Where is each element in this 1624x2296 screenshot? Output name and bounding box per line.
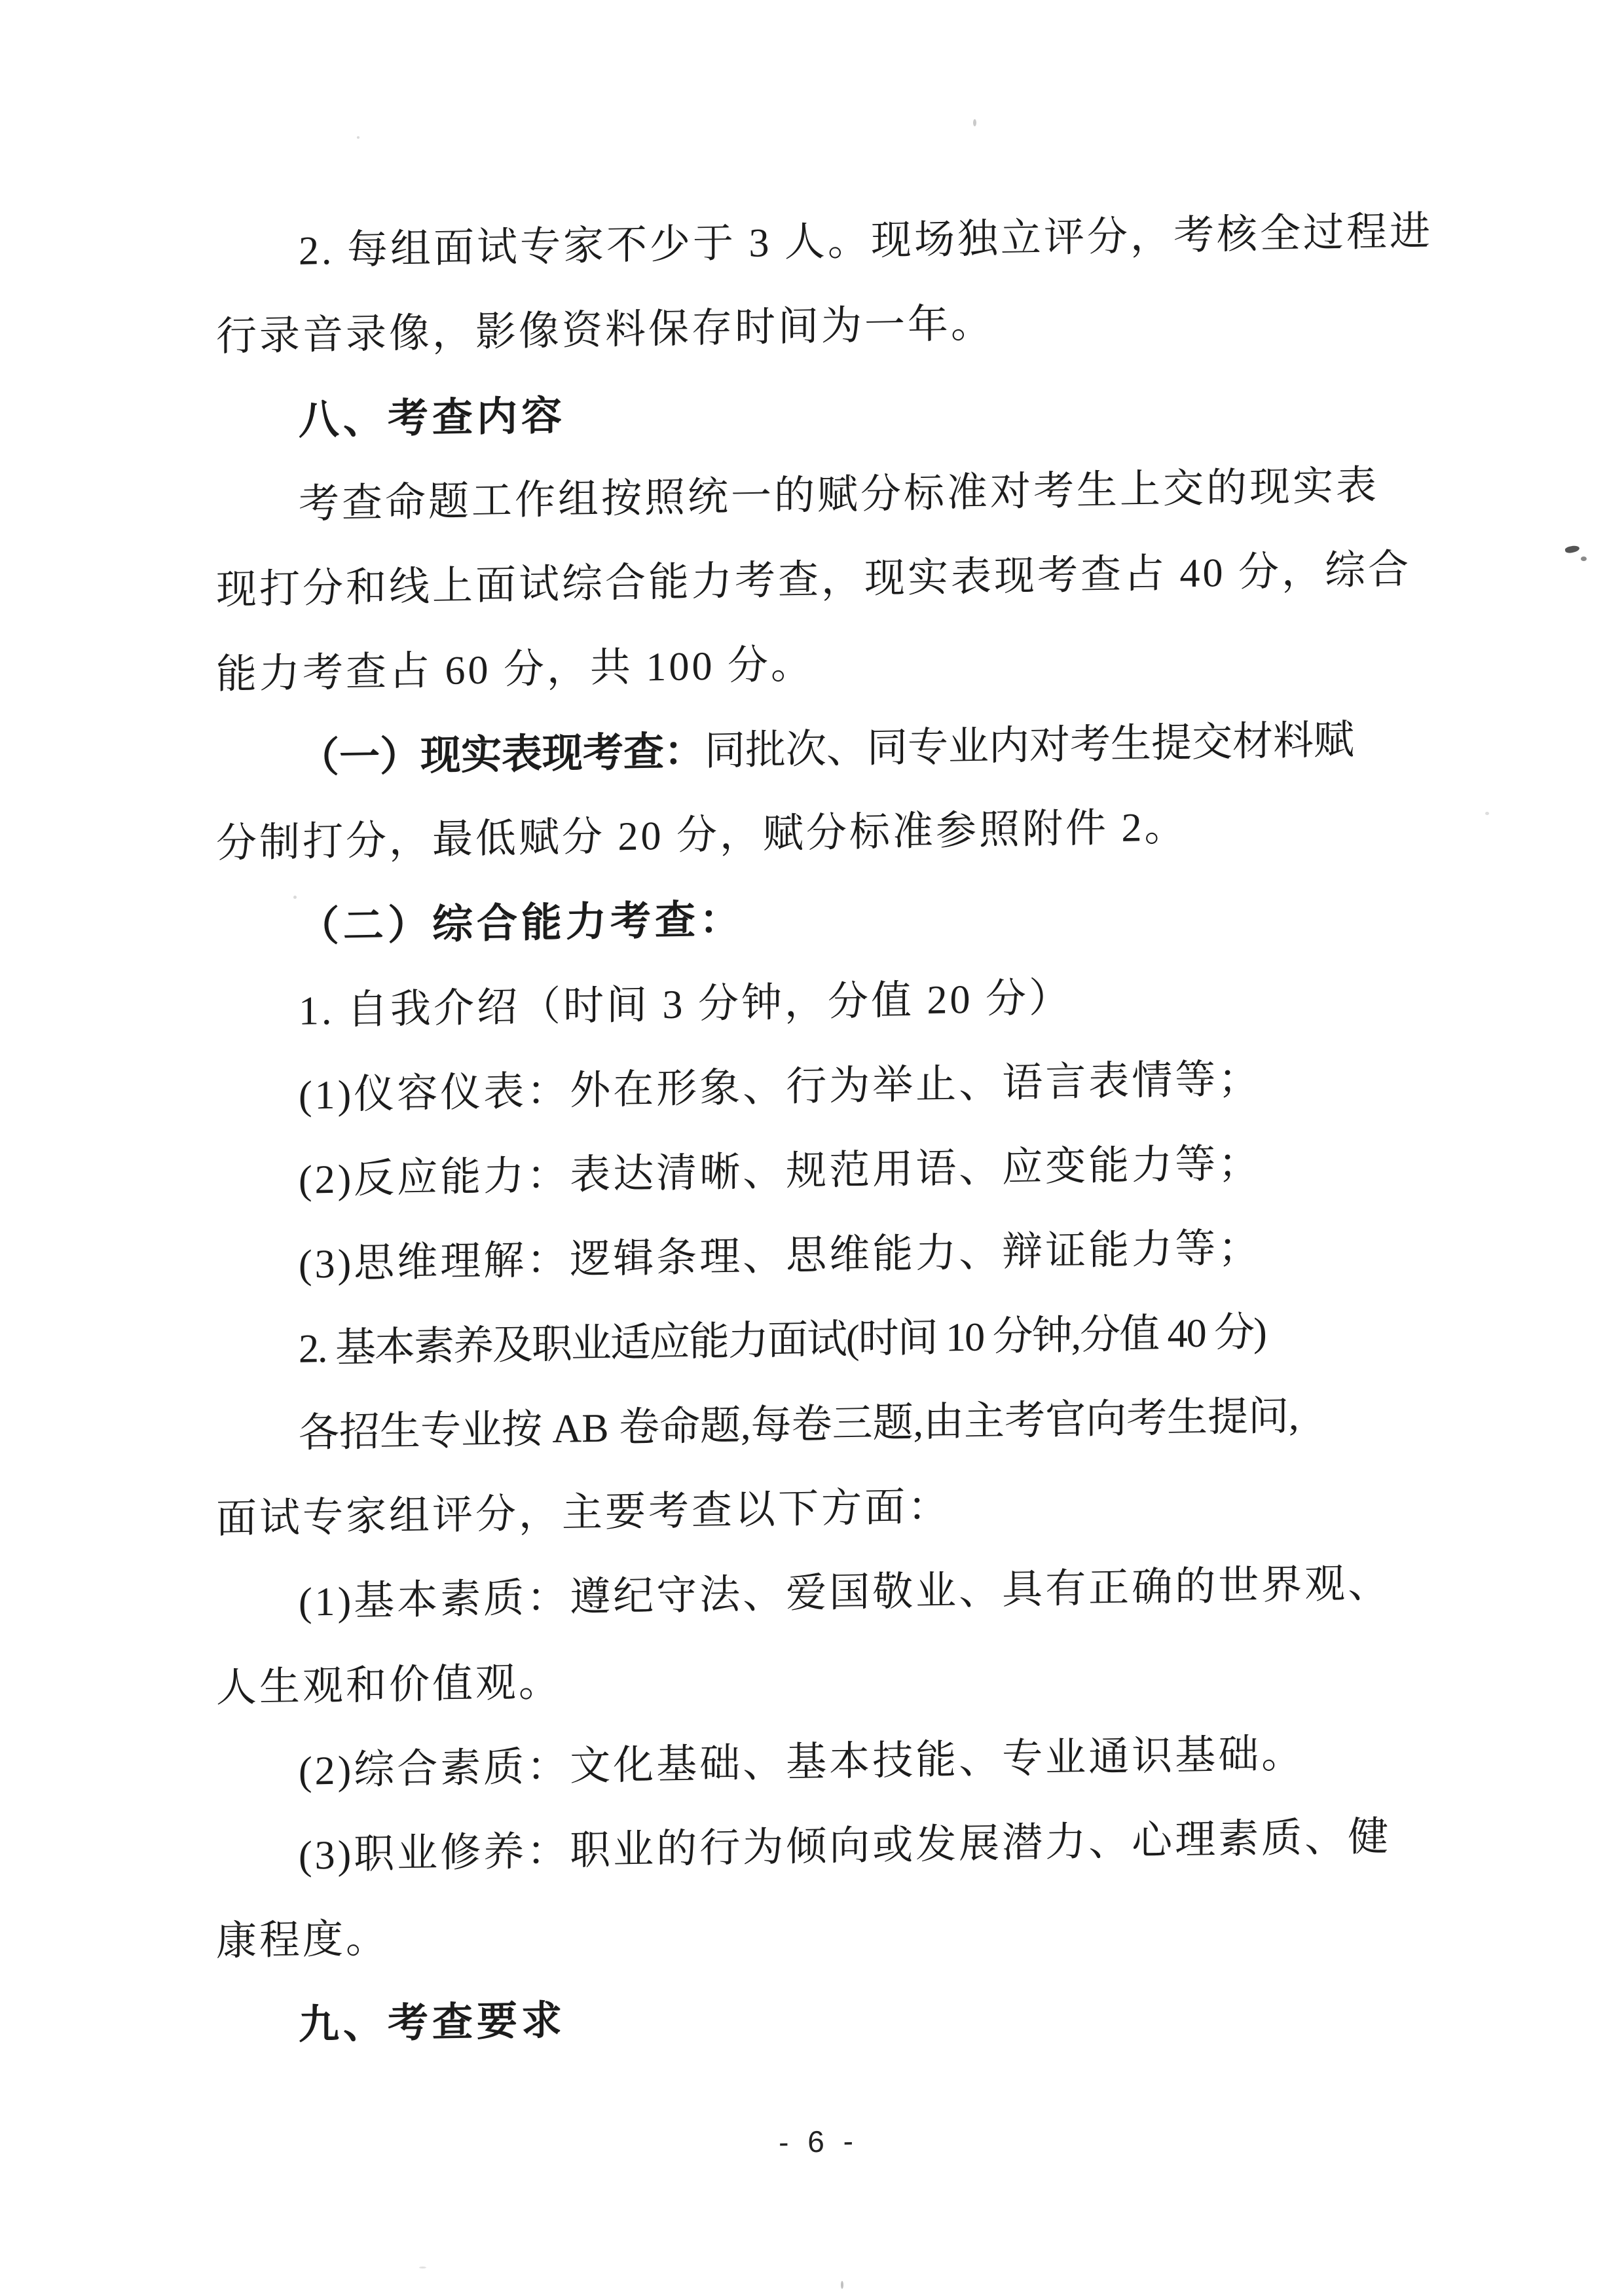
text-run: 人生观和价值观。 — [216, 1660, 562, 1711]
heading-run: 八、考查内容 — [299, 393, 566, 443]
text-run: (1)仪容仪表：外在形象、行为举止、语言表情等； — [299, 1057, 1261, 1118]
document-page: 2. 每组面试专家不少于 3 人。现场独立评分，考核全过程进 行录音录像，影像资… — [0, 0, 1624, 2296]
text-run: 2. 基本素养及职业适应能力面试(时间 10 分钟,分值 40 分) — [299, 1310, 1266, 1372]
scan-speck — [357, 136, 360, 139]
text-run: (3)职业修养：职业的行为倾向或发展潜力、心理素质、健 — [299, 1815, 1391, 1878]
scan-speck — [973, 119, 976, 126]
text-run: 能力考查占 60 分，共 100 分。 — [216, 642, 814, 697]
text-run: (1)基本素质：遵纪守法、爱国敬业、具有正确的世界观、 — [299, 1561, 1391, 1625]
text-run: (2)反应能力：表达清晰、规范用语、应变能力等； — [299, 1141, 1261, 1203]
subsection-heading-1: （一）现实表现考查： — [299, 729, 705, 781]
scan-speck — [419, 2267, 426, 2269]
heading-run: （二）综合能力考查： — [299, 897, 744, 950]
heading-run: 九、考查要求 — [299, 1998, 566, 2048]
text-run: 同批次、同专业内对考生提交材料赋 — [705, 718, 1354, 774]
scan-speck — [1485, 812, 1489, 815]
scan-speck — [841, 2281, 843, 2289]
scan-speck — [1564, 545, 1580, 554]
document-body: 2. 每组面试专家不少于 3 人。现场独立评分，考核全过程进 行录音录像，影像资… — [216, 190, 1421, 2172]
scan-speck — [1581, 556, 1587, 561]
text-run: 现打分和线上面试综合能力考查，现实表现考查占 40 分，综合 — [216, 547, 1411, 613]
text-run: 2. 每组面试专家不少于 3 人。现场独立评分，考核全过程进 — [299, 210, 1433, 274]
text-run: (3)思维理解：逻辑条理、思维能力、辩证能力等； — [299, 1226, 1261, 1287]
scan-speck — [293, 896, 297, 899]
text-run: (2)综合素质：文化基础、基本技能、专业通识基础。 — [299, 1732, 1304, 1794]
page-number: - 6 - — [216, 2111, 1421, 2172]
text-run: 行录音录像，影像资料保存时间为一年。 — [216, 301, 994, 359]
text-run: 1. 自我介绍（时间 3 分钟，分值 20 分） — [299, 975, 1072, 1034]
text-run: 考查命题工作组按照统一的赋分标准对考生上交的现实表 — [299, 464, 1379, 527]
text-run: 面试专家组评分，主要考查以下方面： — [216, 1484, 951, 1542]
text-run: 各招生专业按 AB 卷命题,每卷三题,由主考官向考生提问, — [299, 1394, 1299, 1456]
text-run: 分制打分，最低赋分 20 分，赋分标准参照附件 2。 — [216, 805, 1188, 866]
text-run: 康程度。 — [216, 1916, 389, 1964]
